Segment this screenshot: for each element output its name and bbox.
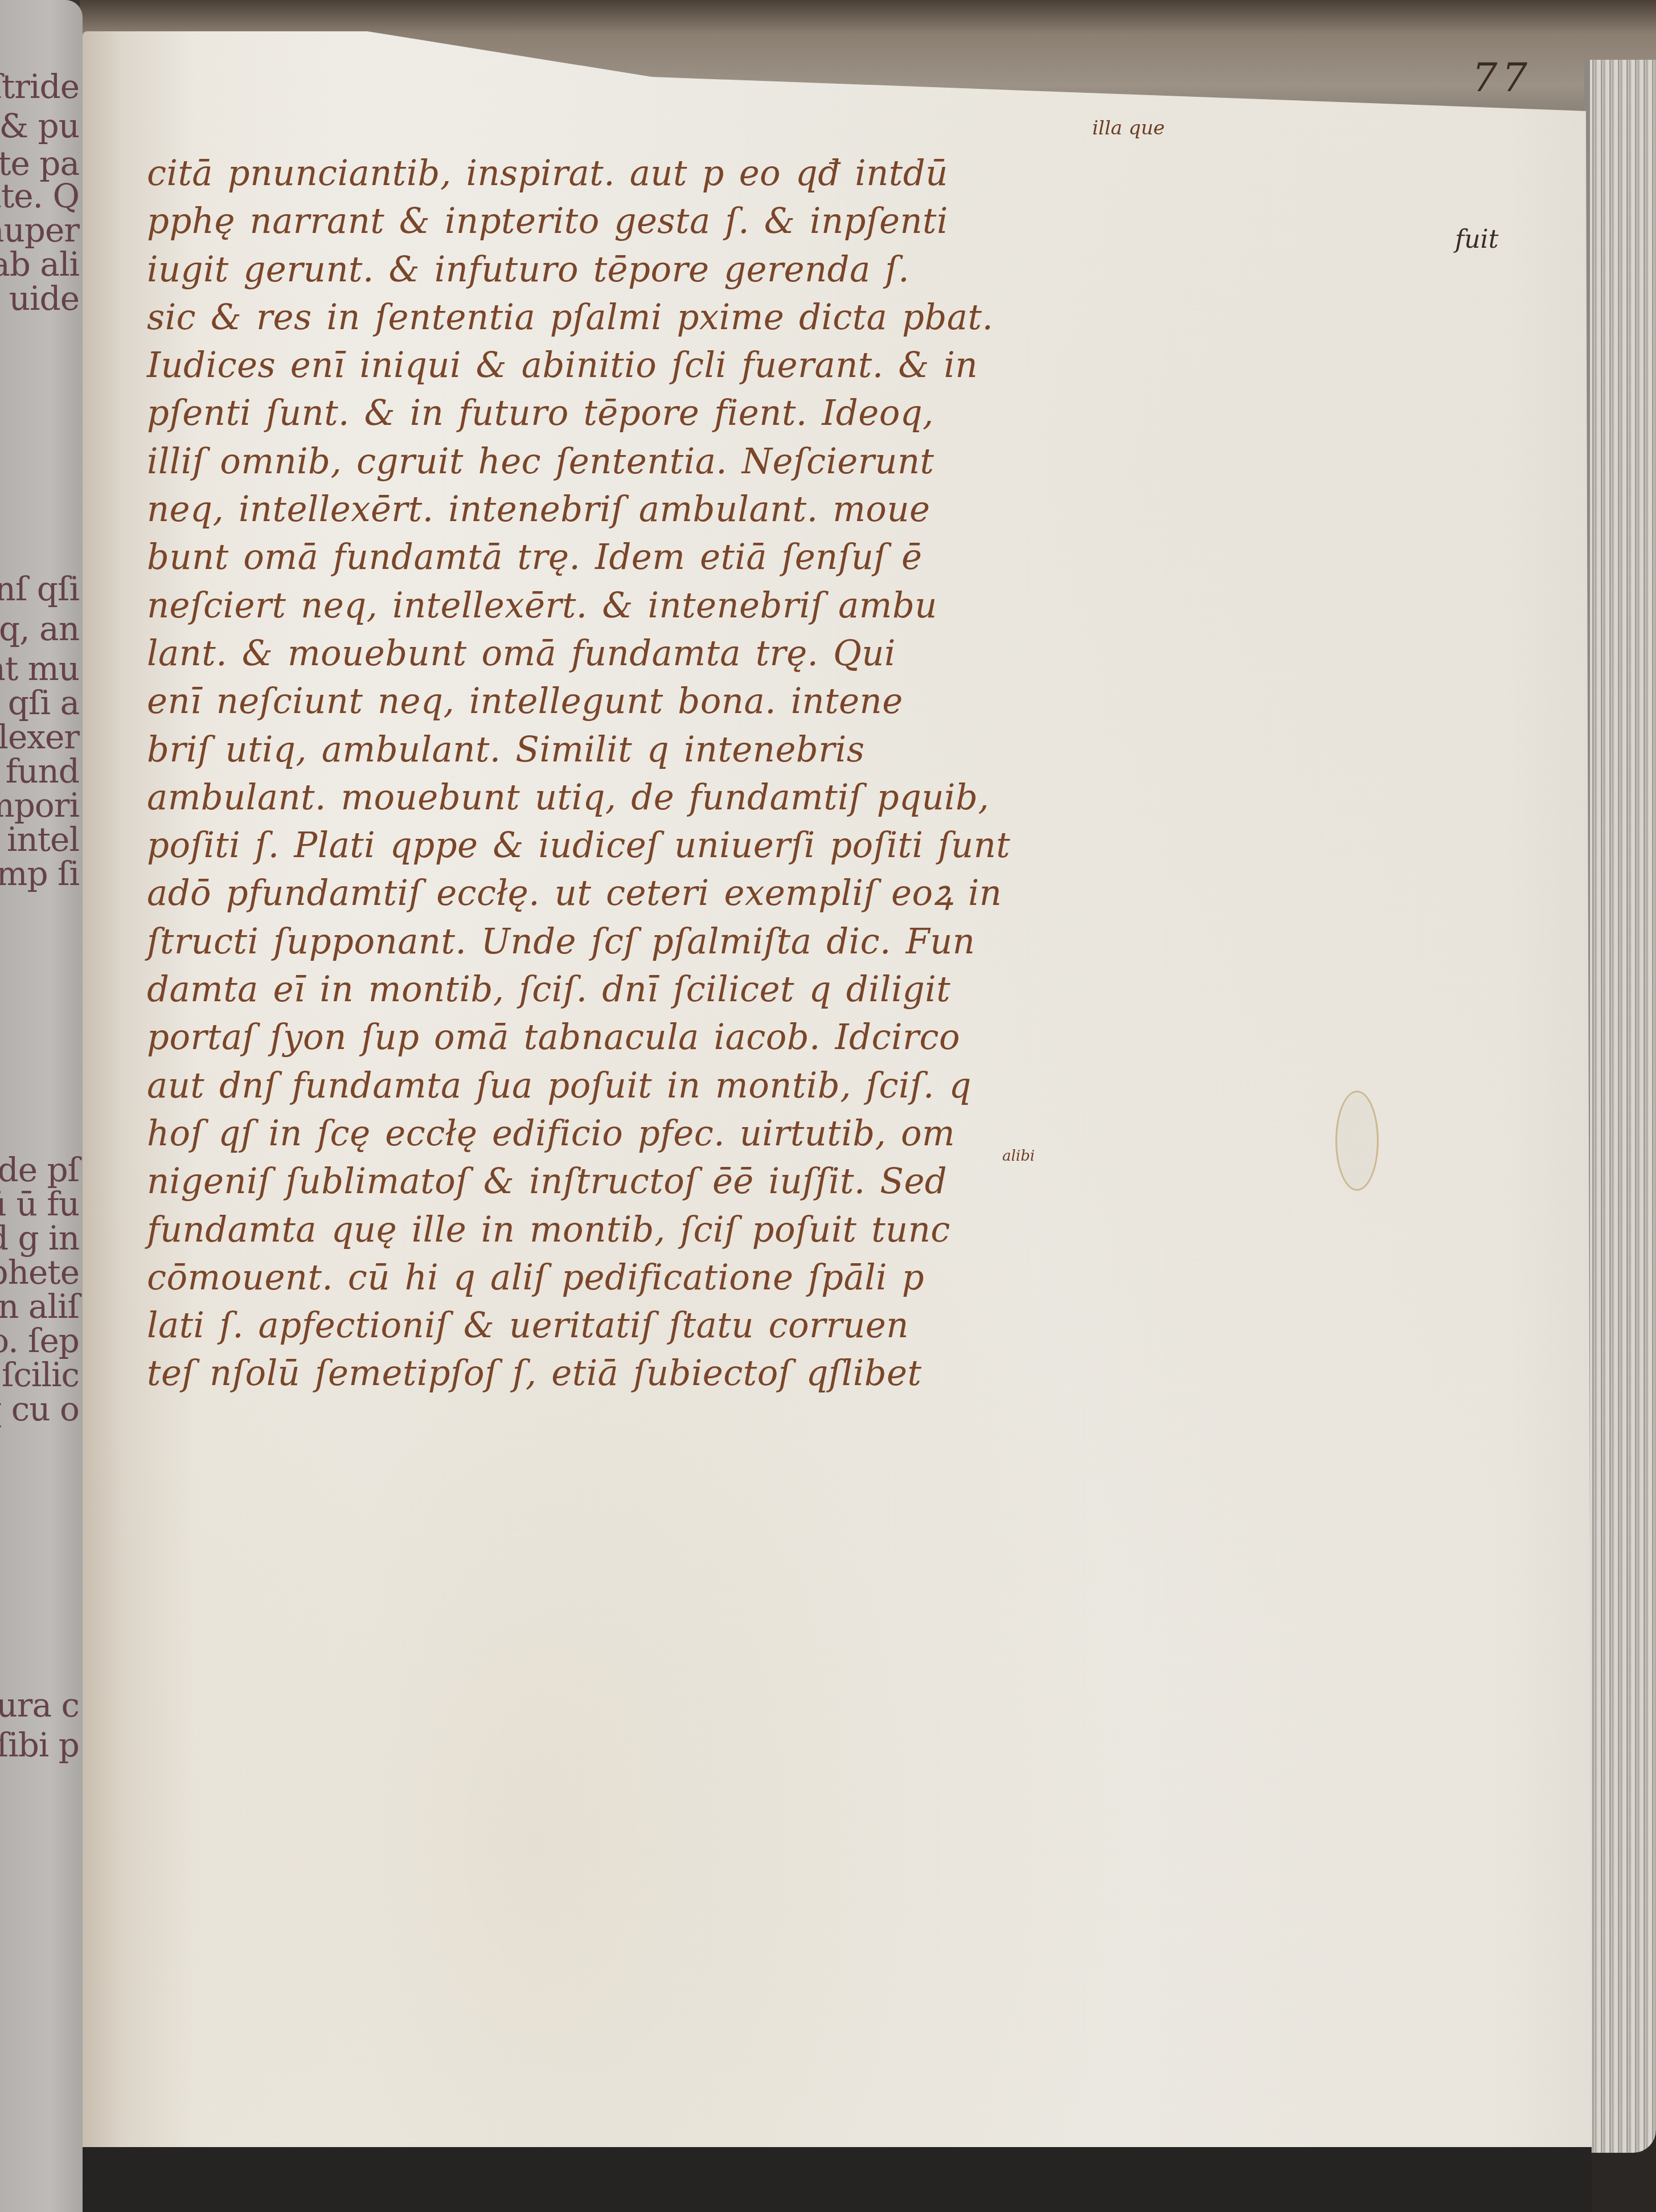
text-line: pſenti ſunt. & in futuro tēpore fient. I… [147,389,1241,437]
facing-line: . q cu o [0,1390,79,1428]
text-line: lant. & mouebunt omā fundamta trę. Qui [147,629,1241,677]
text-line: citā pnunciantib, inspirat. aut p eo qđ … [147,149,1241,197]
facing-line: ant mu [0,649,79,688]
text-line: lati ſ. apfectioniſ & ueritatiſ ſtatu co… [147,1301,1241,1349]
text-line: neq, intellexērt. intenebriſ ambulant. m… [147,485,1241,533]
text-line: fundamta quę ille in montib, ſciſ poſuit… [147,1206,1241,1254]
text-line: iugit gerunt. & infuturo tēpore gerenda … [147,245,1241,293]
page-stack-fore-edge [1589,60,1656,2153]
facing-line: ellexer [0,718,79,756]
text-line: enī neſciunt neq, intellegunt bona. inte… [147,677,1241,725]
manuscript-scan: ſe ſtride mo & pu pite pa erate. Q paupe… [0,0,1656,2212]
text-line: teſ nſolū ſemetipſoſ ſ, etiā ſubiectoſ q… [147,1349,1241,1397]
facing-line: e ſibi p [0,1726,79,1764]
facing-line: ere uide [0,279,79,318]
text-line: briſ utiq, ambulant. Similit q intenebri… [147,726,1241,773]
facing-line: d ſcilic [0,1355,79,1394]
text-line: neſciert neq, intellexērt. & intenebriſ … [147,581,1241,629]
text-line: sic & res in ſententia pſalmi pxime dict… [147,293,1241,341]
facing-line: o ab ali [0,245,79,284]
facing-line: Id g in [0,1219,79,1257]
facing-line: ſe ſtride [0,67,79,106]
text-line: cōmouent. cū hi q aliſ pedificatione ſpā… [147,1254,1241,1301]
facing-line: mpori [0,786,79,825]
facing-line: ro. ſep [0,1321,79,1360]
text-line: ſtructi ſupponant. Unde ſcſ pſalmiſta di… [147,917,1241,965]
facing-line: nde pſ [0,1150,79,1189]
text-line: nigeniſ ſublimatoſ & inſtructoſ ēē iuſſi… [147,1157,1241,1205]
facing-line: nū ū fu [0,1185,79,1223]
parchment-hole [1335,1091,1379,1191]
text-line: aut dnſ fundamta ſua poſuit in montib, ſ… [147,1062,1241,1109]
facing-line: erate. Q [0,177,79,215]
facing-line: qdq, an [0,609,79,648]
interlinear-gloss: illa que [1092,117,1165,140]
text-line: ambulant. mouebunt utiq, de fundamtiſ pq… [147,773,1241,821]
text-line: adō pfundamtiſ eccłę. ut ceteri exempliſ… [147,869,1241,917]
facing-line: tura c [0,1686,79,1724]
text-line: pphę narrant & inpterito gesta ſ. & inpſ… [147,197,1241,245]
text-line: bunt omā fundamtā trę. Idem etiā ſenſuſ … [147,533,1241,581]
text-line: illiſ omnib, cgruit hec ſententia. Neſci… [147,437,1241,485]
facing-line: mo & pu [0,106,79,145]
facing-line: nā fund [0,752,79,790]
text-line: hoſ qſ in ſcę eccłę edificio pfec. uirtu… [147,1109,1241,1157]
facing-line: pauper [0,211,79,249]
facing-line: ſ ſ, qſi a [0,683,79,722]
background-below-page [83,2147,1592,2212]
facing-line: emp ſi [0,854,79,893]
margin-note: fuit [1455,225,1498,254]
facing-line: ē intel [0,820,79,859]
facing-line: dnſ qſi [0,570,79,608]
facing-line: n aliſ [0,1287,79,1326]
folio-number: 77 [1472,54,1532,101]
text-line: damta eī in montib, ſciſ. dnī ſcilicet q… [147,965,1241,1013]
main-text-block: citā pnunciantib, inspirat. aut p eo qđ … [147,149,1263,1398]
text-line: Iudices enī iniqui & abinitio ſcli fuera… [147,341,1241,389]
facing-line: phete [0,1253,79,1292]
facing-page-strip: ſe ſtride mo & pu pite pa erate. Q paupe… [0,0,83,2212]
text-line: poſiti ſ. Plati qppe & iudiceſ uniuerſi … [147,821,1241,869]
text-line: portaſ ſyon ſup omā tabnacula iacob. Idc… [147,1013,1241,1061]
